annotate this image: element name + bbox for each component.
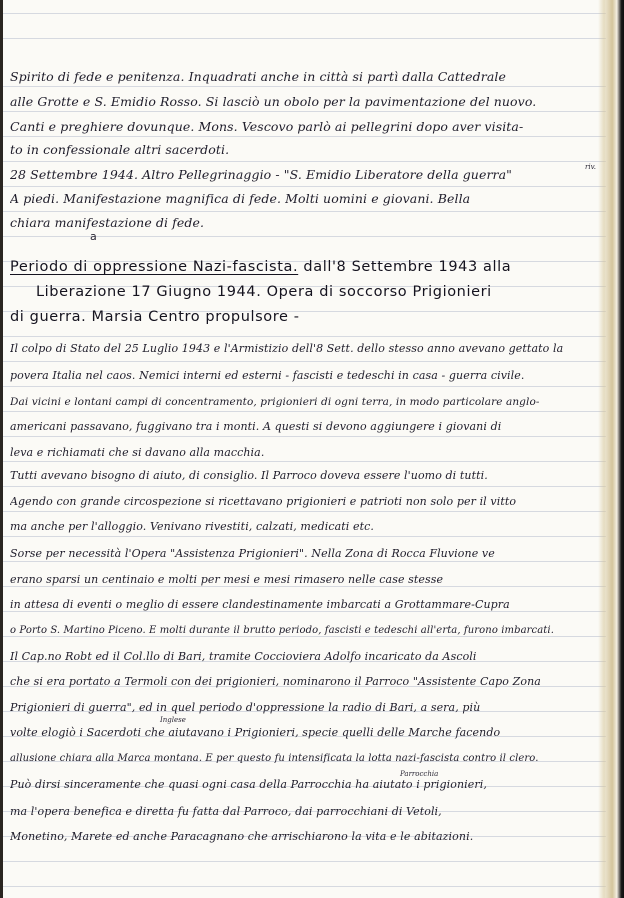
text-line: Agendo con grande circospezione si ricet… — [10, 493, 584, 511]
text-line: ma l'opera benefica e diretta fu fatta d… — [10, 803, 584, 821]
text-line: allusione chiara alla Marca montana. E p… — [10, 750, 584, 768]
margin-note: riv. — [585, 163, 596, 171]
heading-dates: dall'8 Settembre 1943 alla — [298, 259, 511, 275]
text-line: che si era portato a Termoli con dei pri… — [10, 673, 584, 691]
text-line: in attesa di eventi o meglio di essere c… — [10, 596, 584, 614]
heading-title: Periodo di oppressione Nazi-fascista. — [10, 259, 298, 275]
text-line: Prigionieri di guerra", ed in quel perio… — [10, 699, 584, 717]
page-edge — [606, 0, 624, 898]
notebook-page: Spirito di fede e penitenza. Inquadrati … — [0, 0, 606, 898]
text-line: Il colpo di Stato del 25 Luglio 1943 e l… — [10, 340, 584, 358]
text-line: Canti e preghiere dovunque. Mons. Vescov… — [10, 118, 584, 136]
text-line: Sorse per necessità l'Opera "Assistenza … — [10, 545, 584, 563]
text-line: Il Cap.no Robt ed il Col.llo di Bari, tr… — [10, 648, 584, 666]
text-line: volte elogiò i Sacerdoti che aiutavano i… — [10, 724, 584, 742]
interlinear-note: Inglese — [160, 716, 186, 724]
text-line: povera Italia nel caos. Nemici interni e… — [10, 367, 584, 385]
text-line: leva e richiamati che si davano alla mac… — [10, 444, 584, 462]
text-line: americani passavano, fuggivano tra i mon… — [10, 418, 584, 436]
text-line: to in confessionale altri sacerdoti. — [10, 141, 584, 159]
section-heading-line2: Liberazione 17 Giugno 1944. Opera di soc… — [36, 283, 584, 301]
text-line: alle Grotte e S. Emidio Rosso. Si lasciò… — [10, 93, 584, 111]
section-heading: Periodo di oppressione Nazi-fascista. da… — [10, 258, 584, 276]
text-line: A piedi. Manifestazione magnifica di fed… — [10, 190, 584, 208]
text-line: Monetino, Marete ed anche Paracagnano ch… — [10, 828, 584, 846]
text-line: erano sparsi un centinaio e molti per me… — [10, 571, 584, 589]
text-line: 28 Settembre 1944. Altro Pellegrinaggio … — [10, 166, 584, 184]
text-line: Spirito di fede e penitenza. Inquadrati … — [10, 68, 584, 86]
caret-mark: a — [90, 230, 97, 243]
interlinear-note: Parrocchia — [400, 770, 438, 778]
text-line: Dai vicini e lontani campi di concentram… — [10, 393, 584, 411]
text-line: o Porto S. Martino Piceno. E molti duran… — [10, 622, 584, 640]
text-line: Può dirsi sinceramente che quasi ogni ca… — [10, 776, 584, 794]
text-line: ma anche per l'alloggio. Venivano rivest… — [10, 518, 584, 536]
section-heading-line3: di guerra. Marsia Centro propulsore - — [10, 308, 584, 326]
text-line: Tutti avevano bisogno di aiuto, di consi… — [10, 467, 584, 485]
